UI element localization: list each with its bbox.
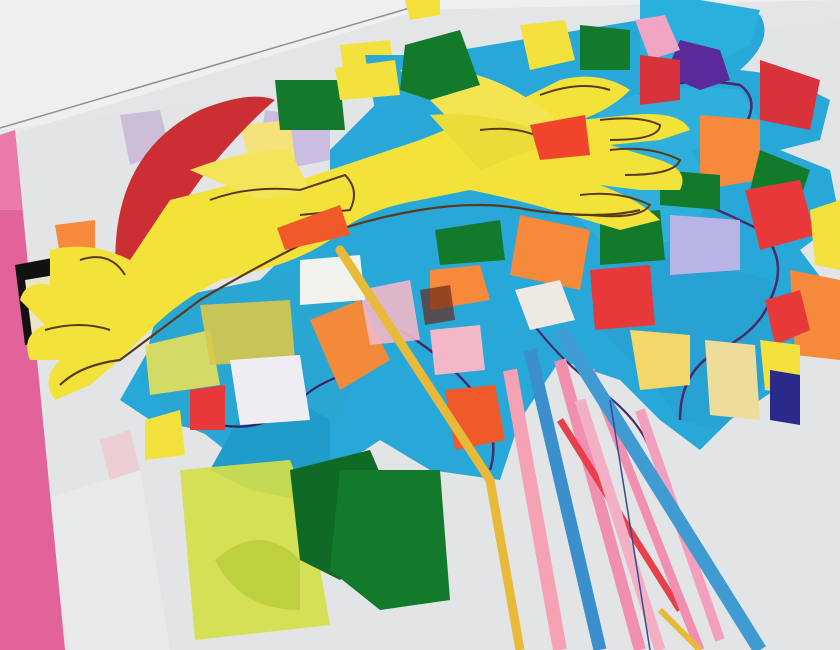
- photo-canvas: [0, 0, 840, 650]
- tissue-white-square: [230, 355, 310, 425]
- tissue-navy: [770, 370, 800, 425]
- crepe-green-top: [580, 25, 630, 70]
- craft-photo: Children's paper-hand collage craft with…: [0, 0, 840, 650]
